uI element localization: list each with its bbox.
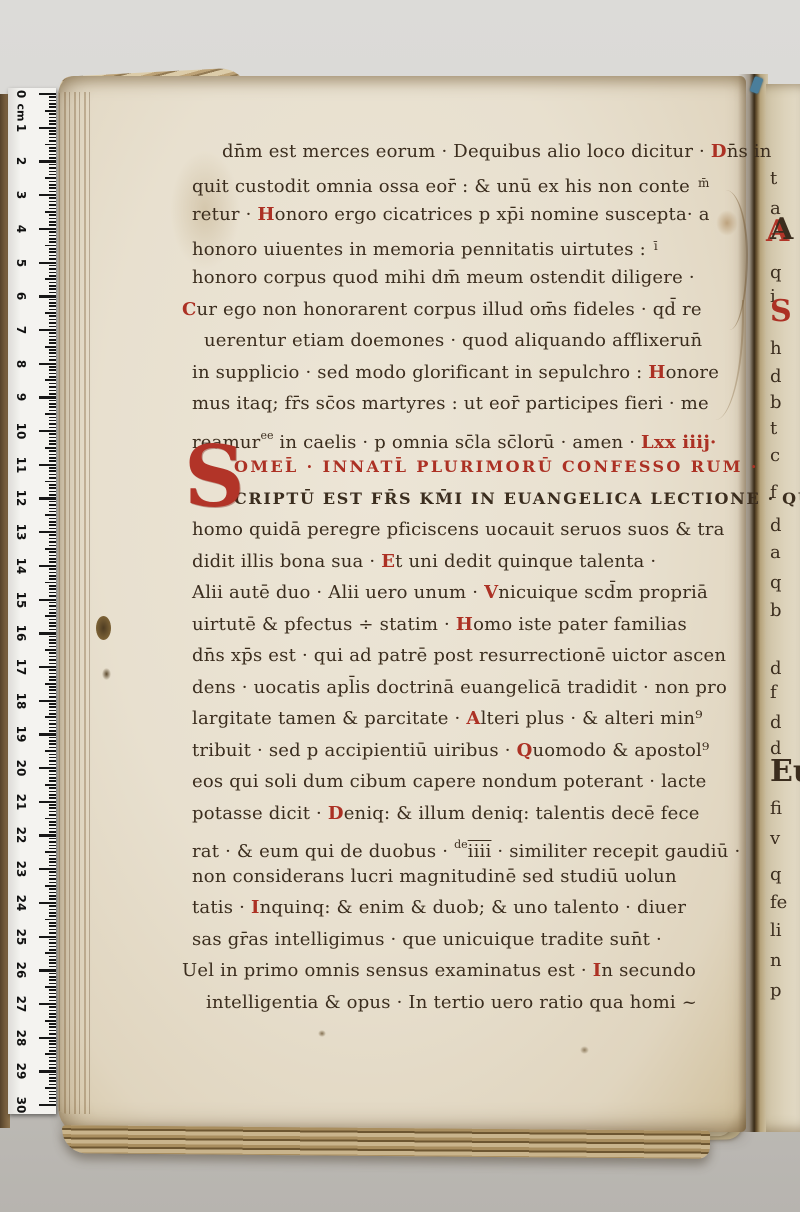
ruler-tick-mm [49,477,56,479]
ruler-tick-mm [49,1084,56,1086]
text-segment: dn̄s xp̄s est · qui ad patrē post resurr… [192,645,726,666]
ruler-tick-cm [39,767,56,769]
ruler-tick-cm [39,531,56,533]
ruler-tick-mm [49,204,56,206]
ruler-tick-mm [49,1077,56,1079]
rubricated-letter: H [257,204,274,225]
parchment-stain [318,1030,326,1037]
ruler-tick-mm [45,278,56,280]
ruler-tick-mm [45,514,56,516]
ruler-tick-mm [49,865,56,867]
parchment-stain [580,1046,589,1054]
ruler-tick-mm [49,383,56,385]
ruler-tick-mm [49,197,56,199]
text-segment: largitate tamen & parcitate · [192,708,466,729]
ruler-tick-mm [49,484,56,486]
ruler-tick-mm [49,824,56,826]
ruler-tick-mm [49,905,56,907]
facing-page-fragment: q [770,262,782,283]
ruler-tick-mm [49,946,56,948]
rubricated-letter: A [466,708,480,729]
ruler-tick-mm [49,268,56,270]
text-line: dens · uocatis apl̄is doctrinā euangelic… [182,672,748,704]
ruler-tick-mm [45,1053,56,1055]
ruler-tick-mm [49,1060,56,1062]
ruler-tick-mm [49,235,56,237]
ruler-tick-mm [49,858,56,860]
ruler-tick-mm [49,989,56,991]
ruler-number: 26 [14,959,28,981]
ruler-tick-mm [49,929,56,931]
ruler-tick-mm [49,171,56,173]
text-segment: de [454,838,468,851]
ruler-tick-cm [39,868,56,870]
ruler-tick-mm [45,413,56,415]
text-segment: dn̄m est merces eorum · [222,141,453,162]
ruler-tick-mm [49,1097,56,1099]
rubricated-letter: D [328,803,344,824]
ruler-tick-mm [49,454,56,456]
ruler-tick-mm [49,433,56,435]
ruler-tick-mm [49,474,56,476]
ruler-tick-mm [49,376,56,378]
facing-page-fragment: t [770,168,777,189]
ruler-tick-mm [45,110,56,112]
ruler-tick-mm [49,942,56,944]
text-segment: n̄s in [727,141,772,162]
ruler-tick-mm [49,342,56,344]
text-segment: iiii [468,841,492,862]
ruler-tick-mm [45,245,56,247]
ruler-tick-mm [49,352,56,354]
ruler-tick-mm [49,922,56,924]
ruler-tick-mm [49,218,56,220]
ruler-tick-mm [49,305,56,307]
ruler-tick-mm [49,1040,56,1042]
ruler-tick-cm [39,599,56,601]
ruler-number: 6 [14,285,28,307]
ruler-tick-mm [49,292,56,294]
ruler-tick-mm [49,393,56,395]
ruler-tick-mm [45,649,56,651]
facing-page-fragment: p [770,980,782,1001]
ruler-tick-mm [49,147,56,149]
text-line: honoro corpus quod mihi dm̄ meum ostendi… [182,262,748,294]
ruler-tick-mm [49,605,56,607]
ruler-tick-mm [49,787,56,789]
ruler-tick-mm [49,1010,56,1012]
text-segment: uerentur etiam doemones · quod aliquando… [204,330,702,351]
ruler-tick-mm [45,211,56,213]
facing-page-fragment: fi [770,798,782,819]
facing-page-fragment: fe [770,892,787,913]
rubricated-letter: I [251,897,260,918]
ruler-tick-mm [49,518,56,520]
text-segment: retur · [192,204,257,225]
rubricated-letter: Lxx iiij· [641,432,716,453]
ruler-number: 23 [14,858,28,880]
ruler-tick-mm [49,299,56,301]
text-line: sas gr̄as intelligimus · que unicuique t… [182,924,748,956]
text-line: rat · & eum qui de duobus · deiiii · sim… [182,829,748,861]
ruler-tick-mm [49,892,56,894]
ruler-tick-cm [39,194,56,196]
ruler-tick-mm [45,379,56,381]
text-line: dn̄s xp̄s est · qui ad patrē post resurr… [182,640,748,672]
text-segment: in caelis · p omnia sc̄la sc̄lorū · amen… [274,432,642,453]
ruler-tick-cm [39,565,56,567]
ruler-tick-mm [49,568,56,570]
ruler-unit-label: cm [15,102,28,124]
ruler-tick-mm [49,133,56,135]
ruler-tick-mm [49,524,56,526]
ruler-tick-mm [49,1016,56,1018]
text-line: homo quidā peregre pficiscens uocauit se… [182,514,748,546]
text-line: uerentur etiam doemones · quod aliquando… [182,325,748,357]
text-segment: tribuit · sed p accipientiū uiribus · [192,740,517,761]
ruler-number: 17 [14,656,28,678]
ruler-tick-cm [39,902,56,904]
text-segment: CRIPTŪ EST FR̄S KM̄I IN EUANGELICA LECTI… [234,489,800,508]
parchment-stain [102,668,111,680]
rubricated-letter: D [711,141,727,162]
text-line: quit custodit omnia ossa eor̄ : & unū ex… [182,168,748,200]
facing-page-fragment: f [770,682,777,703]
ruler-tick-cm [39,700,56,702]
ruler-tick-mm [49,686,56,688]
ruler-tick-mm [49,420,56,422]
facing-page-fragment: Eu [770,754,800,789]
ruler-tick-mm [49,639,56,641]
text-segment: U [182,960,197,981]
ruler-tick-mm [49,646,56,648]
ruler-tick-mm [49,538,56,540]
ruler-tick-mm [49,804,56,806]
facing-page-fragment: b [770,600,782,621]
text-segment: non considerans lucri magnitudinē sed st… [192,866,677,887]
ruler-tick-mm [49,117,56,119]
ruler-tick-mm [49,754,56,756]
ruler-tick-mm [49,555,56,557]
ruler-tick-cm [39,396,56,398]
ruler-tick-mm [49,1091,56,1093]
text-line: didit illis bona sua · Et uni dedit quin… [182,546,748,578]
ruler-tick-mm [49,737,56,739]
ruler-tick-cm [39,936,56,938]
ruler-tick-mm [49,457,56,459]
ruler-tick-mm [49,706,56,708]
text-segment: didit illis bona sua · [192,551,381,572]
ruler-tick-mm [49,797,56,799]
ruler-tick-cm [39,801,56,803]
ruler-tick-mm [45,312,56,314]
leaf-edges-left [54,92,90,1114]
facing-page-fragment: S [770,294,792,329]
text-segment: dens · uocatis apl̄is doctrinā euangelic… [192,677,727,698]
ruler-tick-mm [49,875,56,877]
text-line: Uel in primo omnis sensus examinatus est… [182,955,748,987]
text-segment: onore [666,362,720,383]
ruler-tick-mm [45,885,56,887]
ruler-tick-mm [49,157,56,159]
ruler-tick-mm [49,656,56,658]
ruler-tick-mm [49,427,56,429]
ruler-tick-mm [49,366,56,368]
ruler-tick-mm [49,470,56,472]
ruler-tick-mm [49,831,56,833]
ruler-tick-mm [49,760,56,762]
text-segment: uirtutē & pfectus ÷ statim · [192,614,456,635]
ruler-tick-mm [49,561,56,563]
ruler-tick-mm [49,248,56,250]
ruler-tick-mm [49,319,56,321]
text-segment: Alii autē duo · Alii uero unum · [192,582,484,603]
ruler-tick-cm [39,430,56,432]
ruler-number: 24 [14,892,28,914]
ruler-number: 29 [14,1060,28,1082]
text-segment: intelligentia & opus · In tertio uero ra… [206,992,697,1013]
ruler-tick-mm [49,710,56,712]
ruler-tick-mm [49,588,56,590]
ruler-tick-mm [49,983,56,985]
ruler-tick-mm [49,730,56,732]
ruler-tick-mm [49,780,56,782]
text-segment: uomodo & apostol⁹ [532,740,709,761]
ruler-tick-mm [45,683,56,685]
ruler-tick-mm [45,447,56,449]
ruler-tick-mm [49,764,56,766]
ruler-tick-mm [49,309,56,311]
ruler-tick-mm [49,410,56,412]
ruler-tick-cm [39,127,56,129]
ruler-tick-mm [49,898,56,900]
ruler-number: 14 [14,555,28,577]
ruler-tick-mm [49,400,56,402]
ruler-tick-mm [49,909,56,911]
ruler-tick-mm [49,1030,56,1032]
rubricated-letter: H [648,362,665,383]
ruler-tick-mm [49,811,56,813]
text-segment: mus itaq; fr̄s sc̄os martyres : ut eor̄ … [192,393,709,414]
ruler-tick-mm [49,417,56,419]
ruler-tick-mm [49,602,56,604]
text-segment: equibus alio loco dicitur · [468,141,711,162]
ruler-tick-mm [49,339,56,341]
ruler-tick-mm [49,315,56,317]
ruler-tick-mm [49,528,56,530]
ruler-tick-mm [49,956,56,958]
ruler-tick-mm [49,1026,56,1028]
ruler-tick-mm [45,177,56,179]
text-line: honoro uiuentes in memoria pennitatis ui… [182,231,748,263]
ruler-tick-mm [49,494,56,496]
ruler-tick-mm [49,214,56,216]
ruler-tick-mm [49,925,56,927]
ruler-tick-mm [49,713,56,715]
text-segment: onoro ergo cicatrices p xp̄i nomine susc… [275,204,710,225]
ruler-tick-cm [39,632,56,634]
ruler-tick-mm [49,727,56,729]
ruler-tick-mm [49,882,56,884]
ruler-tick-mm [49,113,56,115]
ruler-number: 5 [14,252,28,274]
ruler-tick-mm [49,450,56,452]
facing-page-fragment: d [770,658,782,679]
ruler-number: 8 [14,353,28,375]
ruler-tick-mm [49,154,56,156]
text-line: in supplicio · sed modo glorificant in s… [182,357,748,389]
ruler-tick-mm [49,238,56,240]
text-segment: potasse dicit · [192,803,328,824]
ruler-tick-mm [49,595,56,597]
ruler-tick-mm [49,491,56,493]
ruler-tick-mm [49,629,56,631]
ruler-tick-mm [49,625,56,627]
ruler-tick-mm [49,696,56,698]
ruler-tick-mm [49,1000,56,1002]
text-segment: · similiter recepit gaudiū · [491,841,740,862]
ruler-tick-mm [49,487,56,489]
ruler-tick-mm [49,120,56,122]
facing-page-fragment: A [770,212,793,247]
ruler-tick-cm [39,295,56,297]
ruler-tick-mm [49,912,56,914]
ruler-tick-cm [39,262,56,264]
ruler-tick-mm [49,201,56,203]
ruler-tick-mm [49,103,56,105]
ruler-tick-mm [49,390,56,392]
ruler-tick-cm [39,1070,56,1072]
ruler-tick-mm [49,541,56,543]
ruler-tick-mm [49,1067,56,1069]
ruler-number: 9 [14,386,28,408]
rubricated-letter: H [456,614,473,635]
text-segment: lteri plus · & alteri min⁹ [481,708,703,729]
ruler-tick-mm [49,322,56,324]
text-segment: in supplicio · sed modo glorificant in s… [192,362,648,383]
ruler-tick-mm [49,757,56,759]
text-line: CRIPTŪ EST FR̄S KM̄I IN EUANGELICA LECTI… [182,483,748,515]
text-segment: D [453,141,468,162]
ruler-number: 27 [14,993,28,1015]
text-line: intelligentia & opus · In tertio uero ra… [182,987,748,1019]
ruler-tick-mm [49,996,56,998]
ruler-tick-mm [49,848,56,850]
ruler-tick-mm [45,919,56,921]
text-line: reamuree in caelis · p omnia sc̄la sc̄lo… [182,420,748,452]
ruler-tick-mm [49,123,56,125]
facing-page-fragment: d [770,366,782,387]
text-line: largitate tamen & parcitate · Alteri plu… [182,703,748,735]
ruler-tick-mm [49,693,56,695]
ruler-tick-mm [49,592,56,594]
ruler-tick-mm [49,878,56,880]
ruler-number: 19 [14,723,28,745]
ruler-tick-mm [49,184,56,186]
ruler-tick-mm [49,915,56,917]
ruler-number: 13 [14,521,28,543]
text-segment: nquinq: & enim & duob; & uno talento · d… [260,897,687,918]
ruler-tick-mm [49,720,56,722]
ruler-tick-mm [49,140,56,142]
ruler-tick-cm [39,1003,56,1005]
facing-page-fragment: d [770,712,782,733]
ruler-tick-mm [49,551,56,553]
ruler-tick-mm [49,1033,56,1035]
text-segment: quit custodit omnia ossa eor̄ : & unū ex… [192,176,690,197]
ruler-tick-mm [49,679,56,681]
ruler-tick-mm [49,814,56,816]
ruler-tick-cm [39,160,56,162]
ruler-tick-mm [49,871,56,873]
ruler-tick-mm [49,406,56,408]
ruler-tick-mm [49,1047,56,1049]
ruler-tick-mm [49,572,56,574]
ruler-tick-mm [49,1043,56,1045]
ruler-number: 11 [14,454,28,476]
ruler-tick-mm [45,1087,56,1089]
ruler-tick-mm [45,615,56,617]
ruler-number: 3 [14,184,28,206]
ruler-number: 4 [14,218,28,240]
facing-page-fragment: li [770,920,782,941]
text-segment: el in primo omnis sensus examinatus est … [197,960,592,981]
ruler-tick-mm [49,167,56,169]
ruler-tick-mm [49,282,56,284]
ruler-number: 21 [14,791,28,813]
ruler-tick-mm [49,251,56,253]
ruler-tick-mm [49,231,56,233]
ruler-tick-mm [45,716,56,718]
ruler-tick-mm [45,851,56,853]
ruler-tick-mm [49,1050,56,1052]
text-line: uirtutē & pfectus ÷ statim · Homo iste p… [182,609,748,641]
ruler-tick-mm [49,609,56,611]
rubricated-letter: OMEL̄ · INNATL̄ PLURIMORŪ CONFESSO RUM · [234,457,759,476]
ruler-tick-mm [49,932,56,934]
ruler-tick-mm [49,1094,56,1096]
ruler-tick-mm [49,326,56,328]
ruler-tick-mm [49,96,56,98]
text-segment: honoro corpus quod mihi dm̄ meum ostendi… [192,267,695,288]
ruler-tick-mm [49,855,56,857]
text-segment: sas gr̄as intelligimus · que unicuique t… [192,929,662,950]
text-segment: omo iste pater familias [473,614,687,635]
ruler-tick-mm [49,386,56,388]
ruler-number: 28 [14,1027,28,1049]
ruler-tick-mm [49,821,56,823]
rubric-line: OMEL̄ · INNATL̄ PLURIMORŪ CONFESSO RUM · [182,451,748,483]
facing-page-fragment: n [770,950,782,971]
leaf-edges-bottom [62,1125,710,1159]
text-segment: ee [260,429,273,442]
facing-page-fragment: b [770,392,782,413]
ruler-tick-cm [39,363,56,365]
ruler-tick-mm [49,663,56,665]
ruler-tick-mm [49,642,56,644]
ruler-tick-mm [49,403,56,405]
ruler-tick-mm [49,288,56,290]
ruler-tick-mm [49,636,56,638]
ruler-tick-mm [49,791,56,793]
text-segment: eos qui soli dum cibum capere nondum pot… [192,771,707,792]
ruler-tick-mm [49,275,56,277]
ruler-tick-mm [49,501,56,503]
ruler-tick-mm [49,1013,56,1015]
ruler-tick-cm [39,733,56,735]
facing-page-fragment: h [770,338,782,359]
rubricated-letter: Q [517,740,533,761]
